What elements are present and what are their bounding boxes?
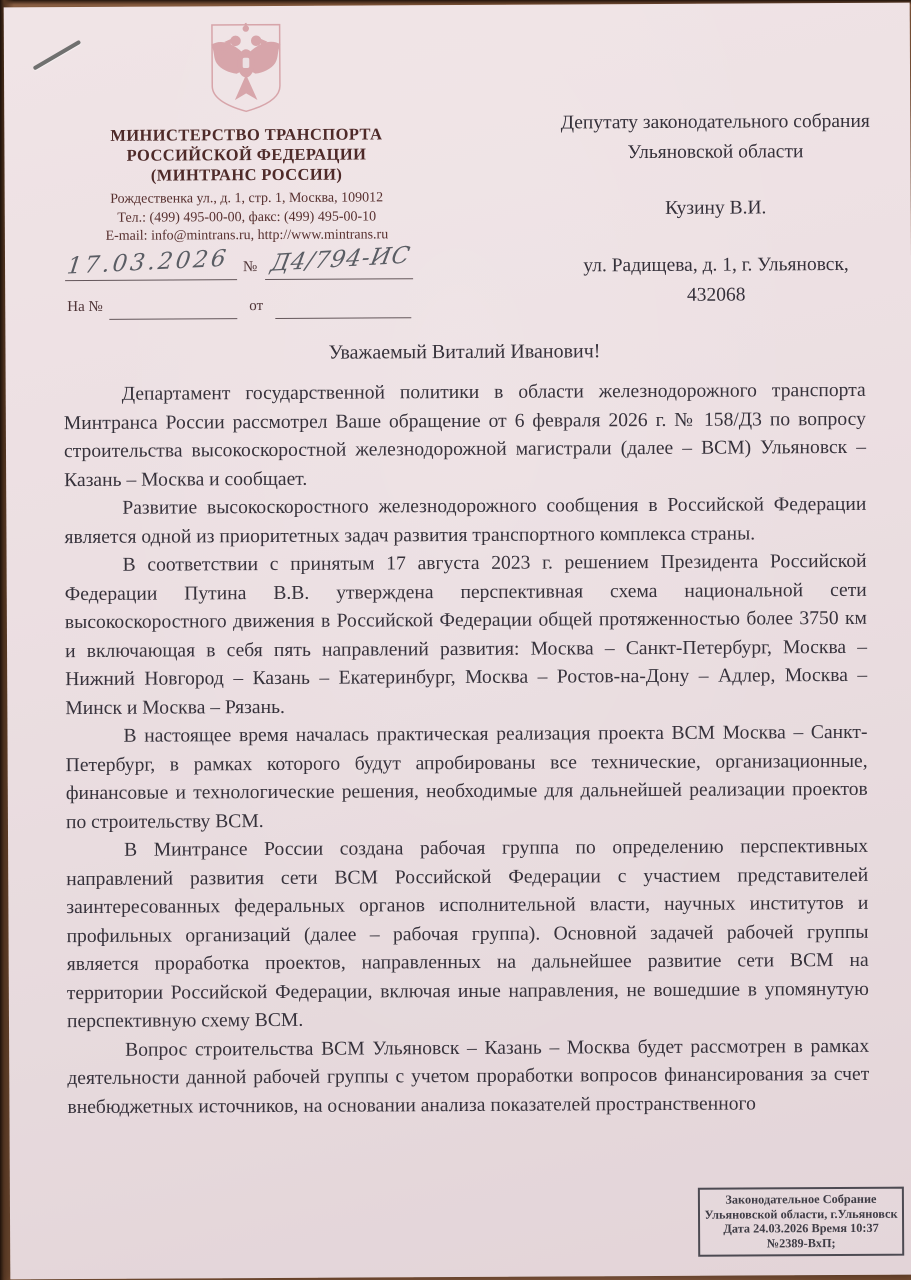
outgoing-number-row: 17.03.2026 № Д4/794-ИС (63, 254, 431, 288)
addressee-street: ул. Радищева, д. 1, г. Ульяновск, (533, 250, 899, 282)
addressee-title-line2: Ульяновской области (532, 137, 898, 169)
paragraph-5: В Минтрансе России создана рабочая групп… (66, 833, 869, 1037)
russia-coat-of-arms-icon (202, 20, 290, 114)
paragraph-4: В настоящее время началась практическая … (65, 719, 868, 837)
reference-number-row: На № от (63, 295, 431, 329)
paragraph-3: В соответствии с принятым 17 августа 202… (65, 548, 868, 723)
ministry-name-line2: РОССИЙСКОЙ ФЕДЕРАЦИИ (62, 144, 430, 166)
paragraph-1: Департамент государственной политики в о… (64, 377, 867, 495)
addressee-postcode: 432068 (533, 280, 899, 312)
ref-from-label: от (249, 298, 263, 315)
letterhead-email: E-mail: info@mintrans.ru, http://www.min… (63, 226, 431, 246)
stamp-org-line1: Законодательное Собрание (704, 1192, 898, 1208)
ministry-name-line1: МИНИСТЕРСТВО ТРАНСПОРТА (62, 124, 430, 146)
date-underline (65, 279, 237, 281)
stamp-incoming-number: №2389-ВхП; (704, 1235, 898, 1251)
ministry-name-line3: (МИНТРАНС РОССИИ) (63, 164, 431, 186)
letterhead: МИНИСТЕРСТВО ТРАНСПОРТА РОССИЙСКОЙ ФЕДЕР… (62, 19, 432, 328)
number-underline (265, 278, 413, 280)
letter-body: Уважаемый Виталий Иванович! Департамент … (63, 339, 869, 1122)
addressee-block: Депутату законодательного собрания Ульян… (532, 107, 899, 312)
letterhead-contacts: Рождественка ул., д. 1, стр. 1, Москва, … (63, 189, 431, 246)
ministry-name: МИНИСТЕРСТВО ТРАНСПОРТА РОССИЙСКОЙ ФЕДЕР… (62, 124, 430, 186)
handwritten-outgoing-number: Д4/794-ИС (269, 242, 413, 276)
ref-number-label: На № (67, 298, 103, 315)
paragraph-6: Вопрос строительства ВСМ Ульяновск – Каз… (67, 1032, 869, 1122)
stamp-org-line2: Ульяновской области, г.Ульяновск (704, 1206, 898, 1222)
handwritten-date: 17.03.2026 (65, 245, 230, 279)
stamp-date-time: Дата 24.03.2026 Время 10:37 (704, 1221, 898, 1237)
letterhead-postal-address: Рождественка ул., д. 1, стр. 1, Москва, … (63, 189, 431, 209)
photo-of-document: { "colors": { "desk_wood": "#8a5b3c", "p… (0, 0, 911, 1280)
paragraph-2: Развитие высокоскоростного железнодорожн… (64, 491, 866, 552)
letter-page: МИНИСТЕРСТВО ТРАНСПОРТА РОССИЙСКОЙ ФЕДЕР… (4, 3, 911, 1280)
ref-number-underline (109, 318, 237, 320)
salutation: Уважаемый Виталий Иванович! (63, 339, 865, 366)
addressee-name: Кузину В.И. (533, 193, 899, 225)
number-sign-label: № (243, 259, 257, 276)
letterhead-phone: Тел.: (499) 495-00-00, факс: (499) 495-0… (63, 208, 431, 228)
ref-date-underline (275, 317, 411, 319)
addressee-title-line1: Депутату законодательного собрания (532, 107, 898, 139)
registration-stamp: Законодательное Собрание Ульяновской обл… (698, 1187, 904, 1257)
